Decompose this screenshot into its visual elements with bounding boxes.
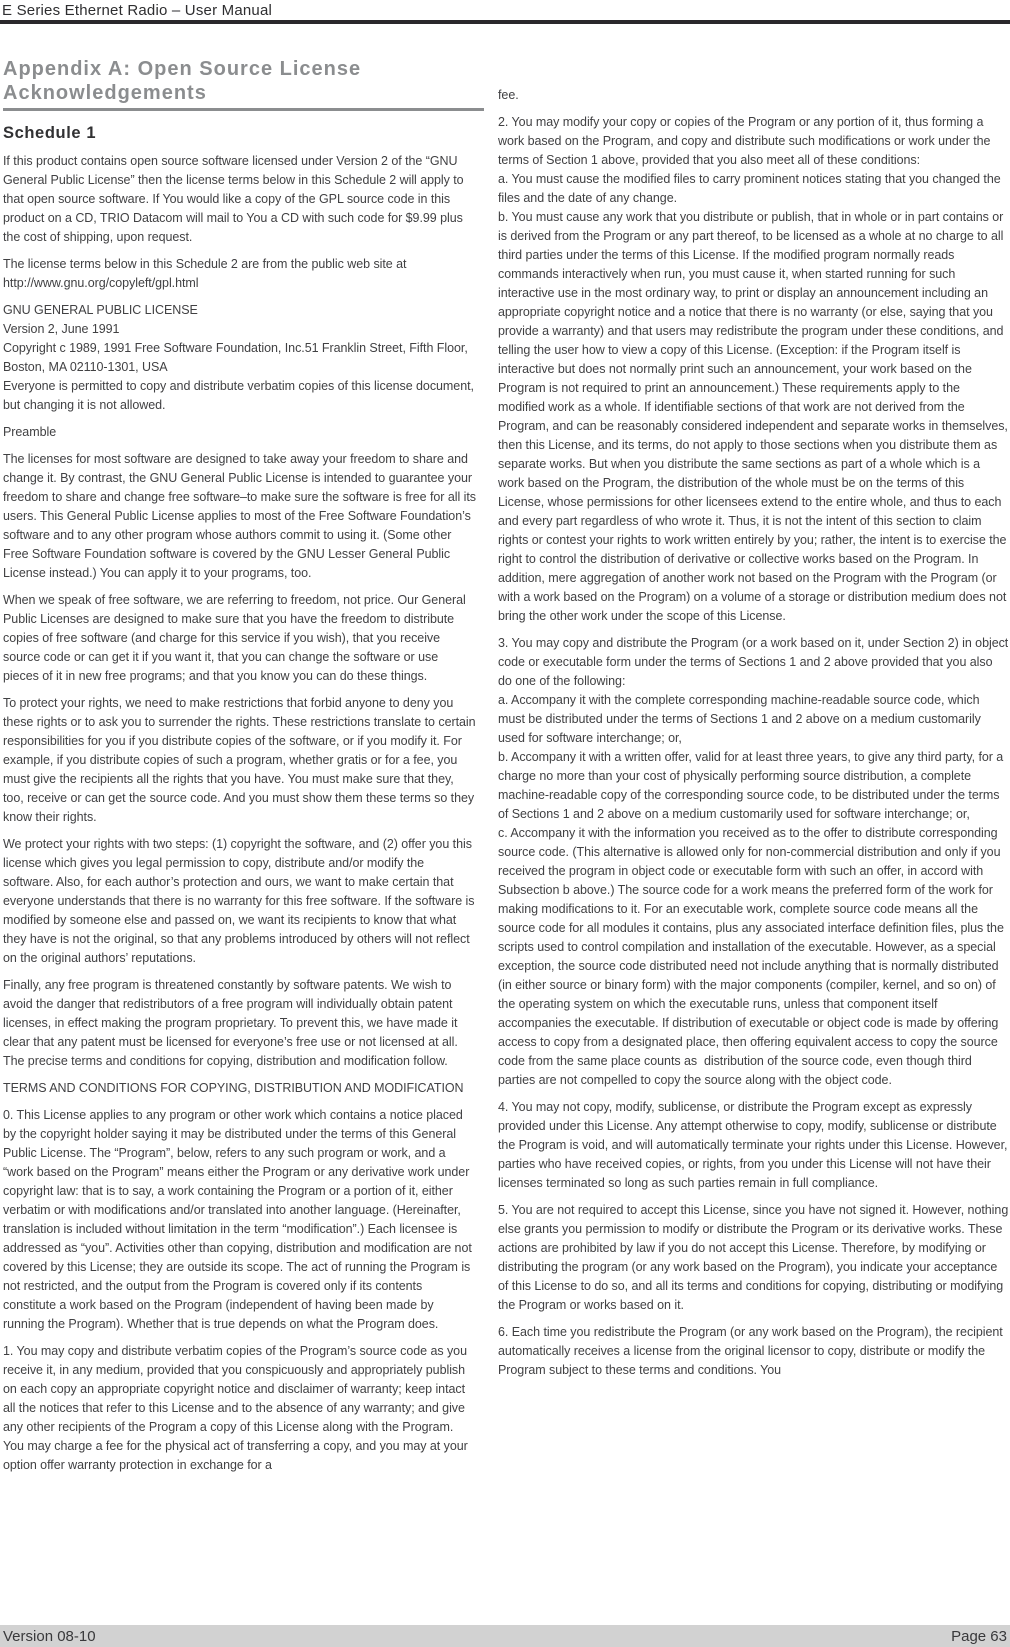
footer-page-number: Page 63 (951, 1628, 1007, 1645)
license-paragraph: The license terms below in this Schedule… (3, 255, 477, 293)
license-paragraph: When we speak of free software, we are r… (3, 591, 477, 686)
appendix-title-line1: Appendix A: Open Source License (3, 57, 484, 81)
license-paragraph: 1. You may copy and distribute verbatim … (3, 1342, 477, 1475)
license-paragraph: GNU GENERAL PUBLIC LICENSE Version 2, Ju… (3, 301, 477, 415)
appendix-title-line2: Acknowledgements (3, 81, 484, 105)
license-paragraph: 0. This License applies to any program o… (3, 1106, 477, 1334)
left-column: Appendix A: Open Source License Acknowle… (3, 57, 477, 1623)
license-paragraph: We protect your rights with two steps: (… (3, 835, 477, 968)
manual-page: E Series Ethernet Radio – User Manual Ap… (0, 0, 1010, 1647)
terms-heading: TERMS AND CONDITIONS FOR COPYING, DISTRI… (3, 1079, 477, 1098)
content-columns: Appendix A: Open Source License Acknowle… (3, 57, 1008, 1623)
license-paragraph: To protect your rights, we need to make … (3, 694, 477, 827)
license-paragraph: 6. Each time you redistribute the Progra… (498, 1323, 1008, 1380)
license-paragraph: Finally, any free program is threatened … (3, 976, 477, 1071)
license-paragraph: fee. (498, 86, 1008, 105)
license-paragraph: 3. You may copy and distribute the Progr… (498, 634, 1008, 1090)
schedule-heading: Schedule 1 (3, 123, 477, 143)
license-paragraph: The licenses for most software are desig… (3, 450, 477, 583)
appendix-title: Appendix A: Open Source License Acknowle… (3, 57, 484, 111)
license-paragraph: 4. You may not copy, modify, sublicense,… (498, 1098, 1008, 1193)
license-paragraph: 5. You are not required to accept this L… (498, 1201, 1008, 1315)
footer-band: Version 08-10 Page 63 (0, 1625, 1010, 1647)
running-header-title: E Series Ethernet Radio – User Manual (2, 2, 272, 20)
license-paragraph: If this product contains open source sof… (3, 152, 477, 247)
right-column: fee. 2. You may modify your copy or copi… (498, 57, 1008, 1623)
preamble-heading: Preamble (3, 423, 477, 442)
footer-version: Version 08-10 (3, 1628, 96, 1645)
header-rule (0, 20, 1010, 24)
license-paragraph: 2. You may modify your copy or copies of… (498, 113, 1008, 626)
